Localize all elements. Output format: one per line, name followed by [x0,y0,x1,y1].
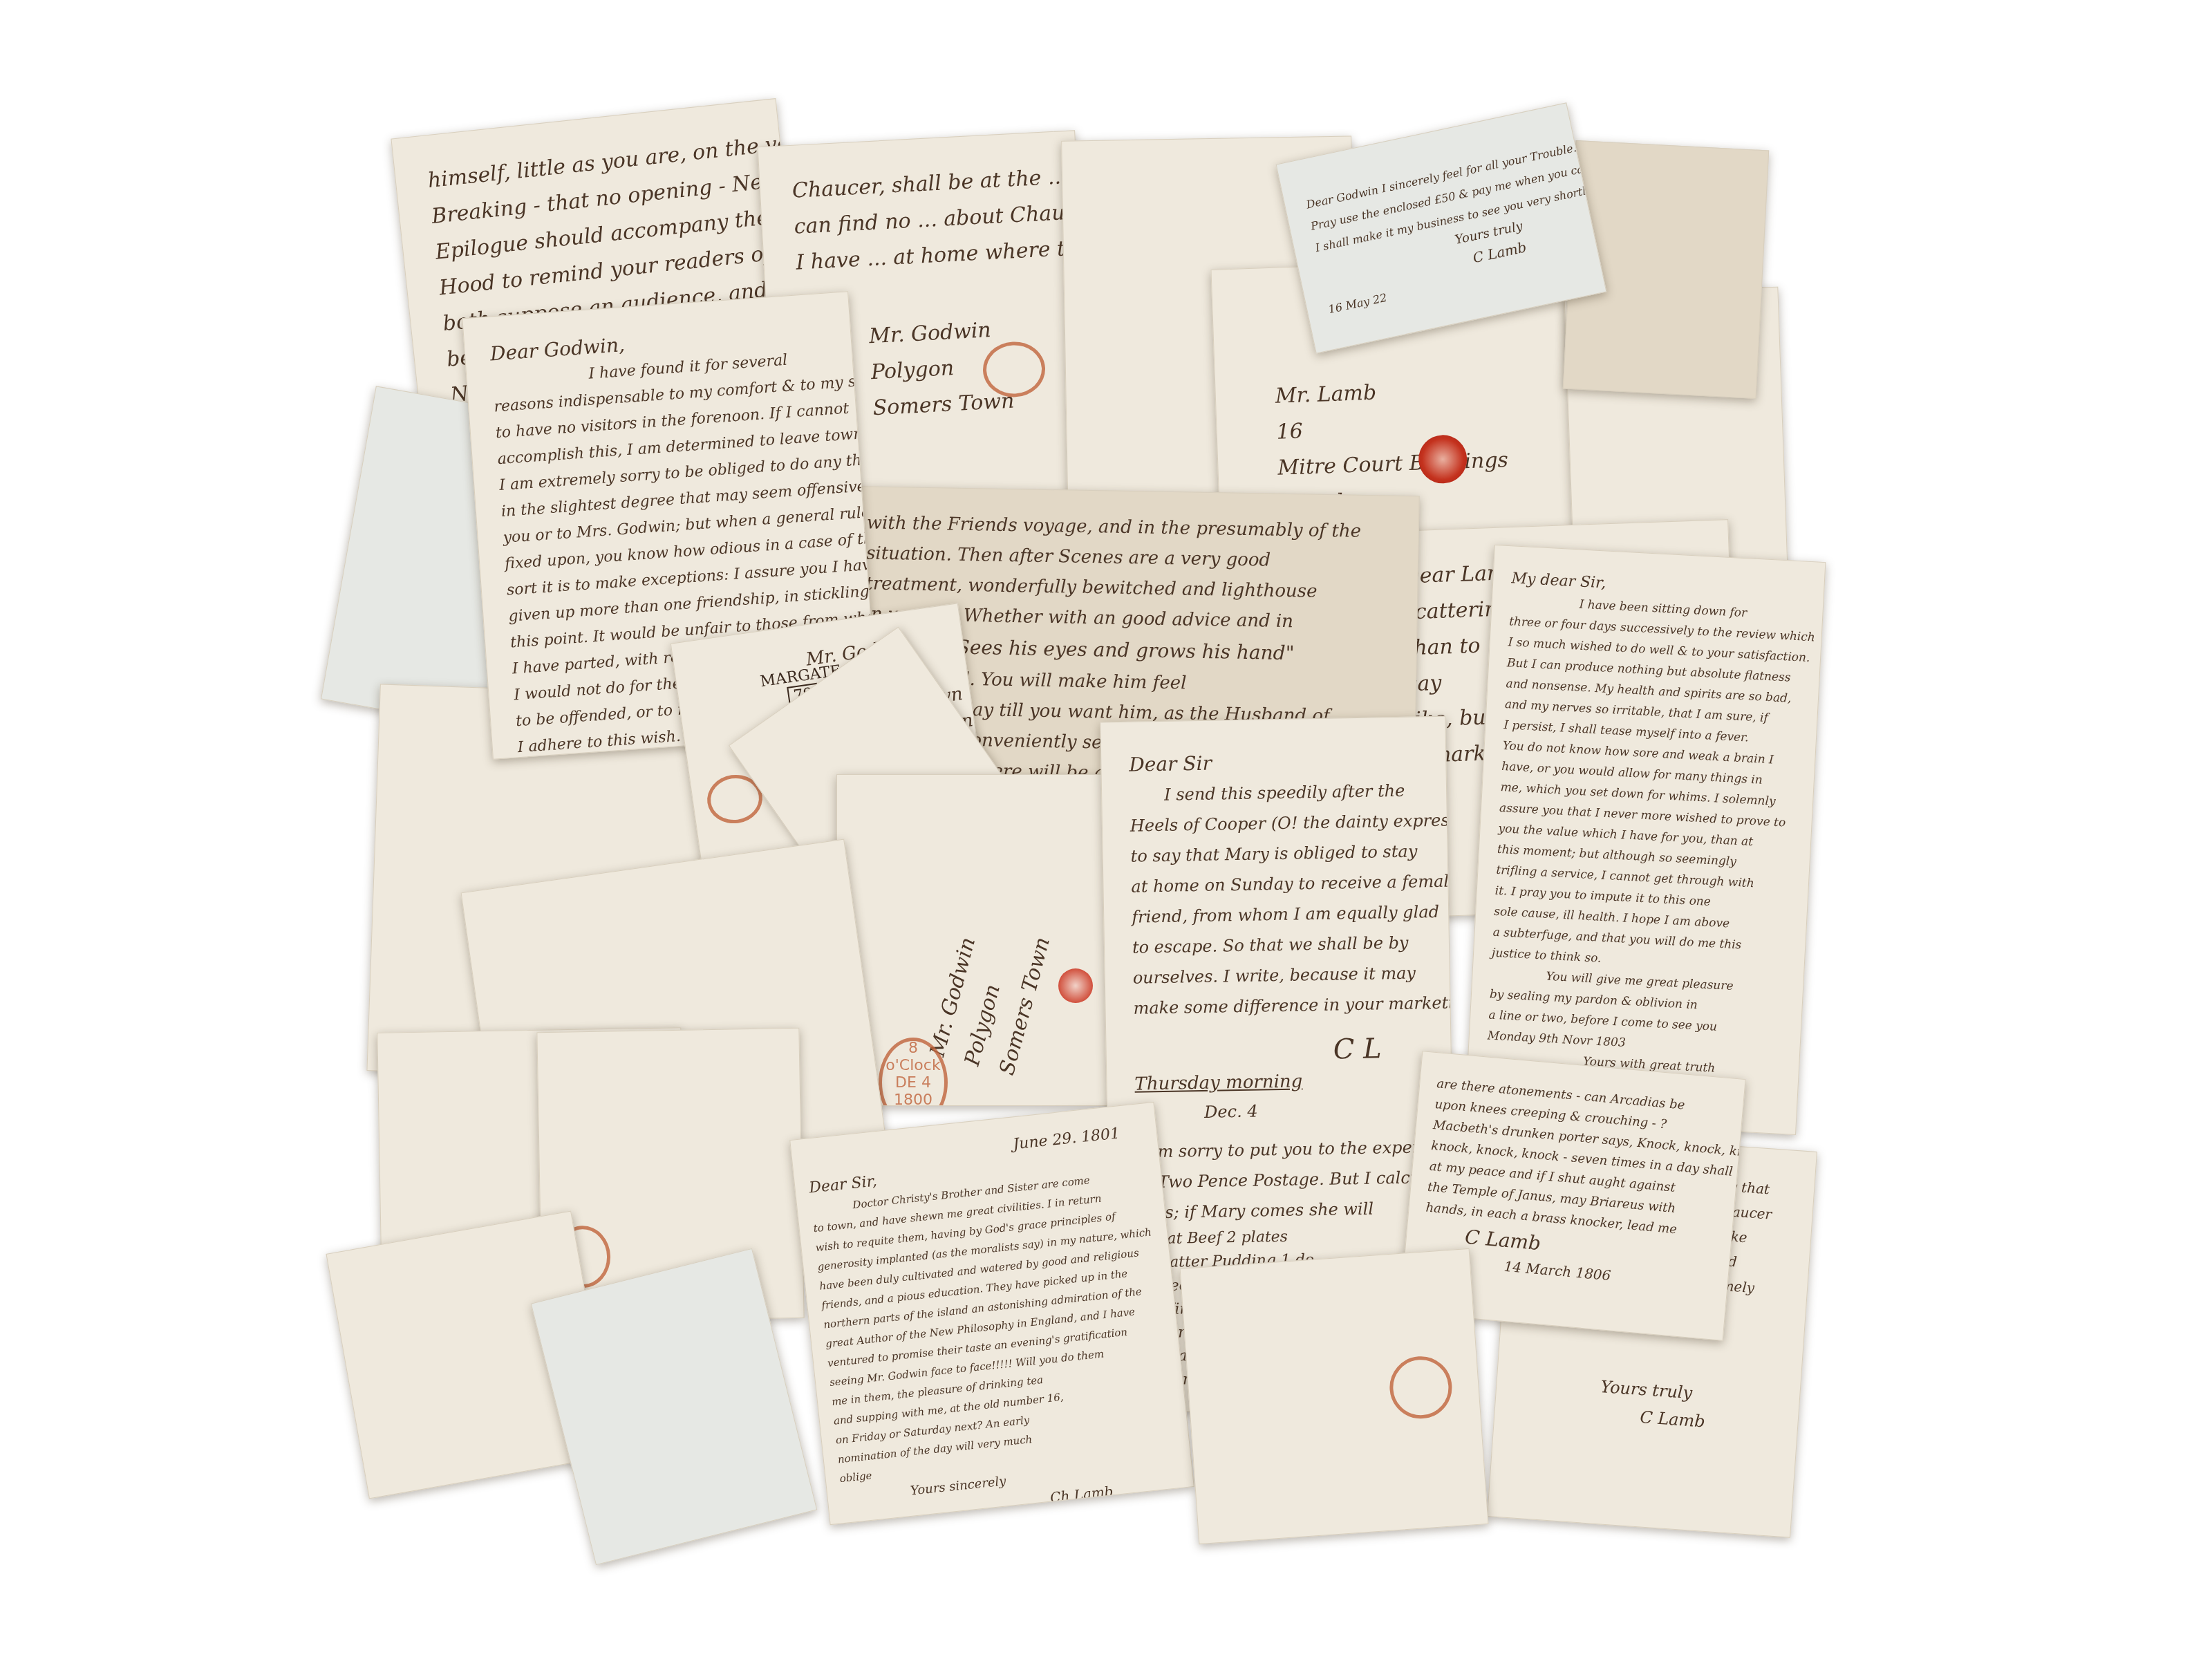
letter-line: friend, from whom I am equally glad [1132,897,1421,932]
letter-line: to escape. So that we shall be by [1132,927,1422,962]
letter-june-1801: June 29. 1801 Dear Sir, Doctor Christy's… [789,1102,1194,1525]
letter-line: I am sorry to put you to the expense [1136,1132,1425,1167]
postmark: 8 o'Clock DE 4 1800 EV [879,1038,948,1106]
salutation: Dear Sir [1129,744,1418,780]
letter-line: thus; if Mary comes she will [1136,1192,1426,1228]
letter-line: make some difference in your marketting … [1133,988,1423,1023]
letter-line: at home on Sunday to receive a female [1131,866,1421,901]
wax-seal [1058,968,1093,1003]
letter-date: Thursday morning [1134,1064,1424,1099]
letter-line: I send this speedily after the [1130,775,1419,810]
letter-line: of Two Pence Postage. But I calculate [1136,1162,1426,1197]
signature: C L [1134,1032,1423,1069]
letter-line: to say that Mary is obliged to stay [1130,836,1420,871]
letter-line: ourselves. I write, because it may [1132,957,1422,993]
letter-my-dear-sir: My dear Sir, I have been sitting down fo… [1465,545,1826,1135]
letter-line: Heels of Cooper (O! the dainty expressio… [1130,805,1420,841]
letter-date-sub: Dec. 4 [1135,1094,1425,1127]
letter-bottom-middle [1180,1248,1489,1544]
letter-godwin-address-2: Mr. Godwin Polygon Somers Town 8 o'Clock… [836,774,1127,1106]
postmark [1387,1354,1454,1421]
